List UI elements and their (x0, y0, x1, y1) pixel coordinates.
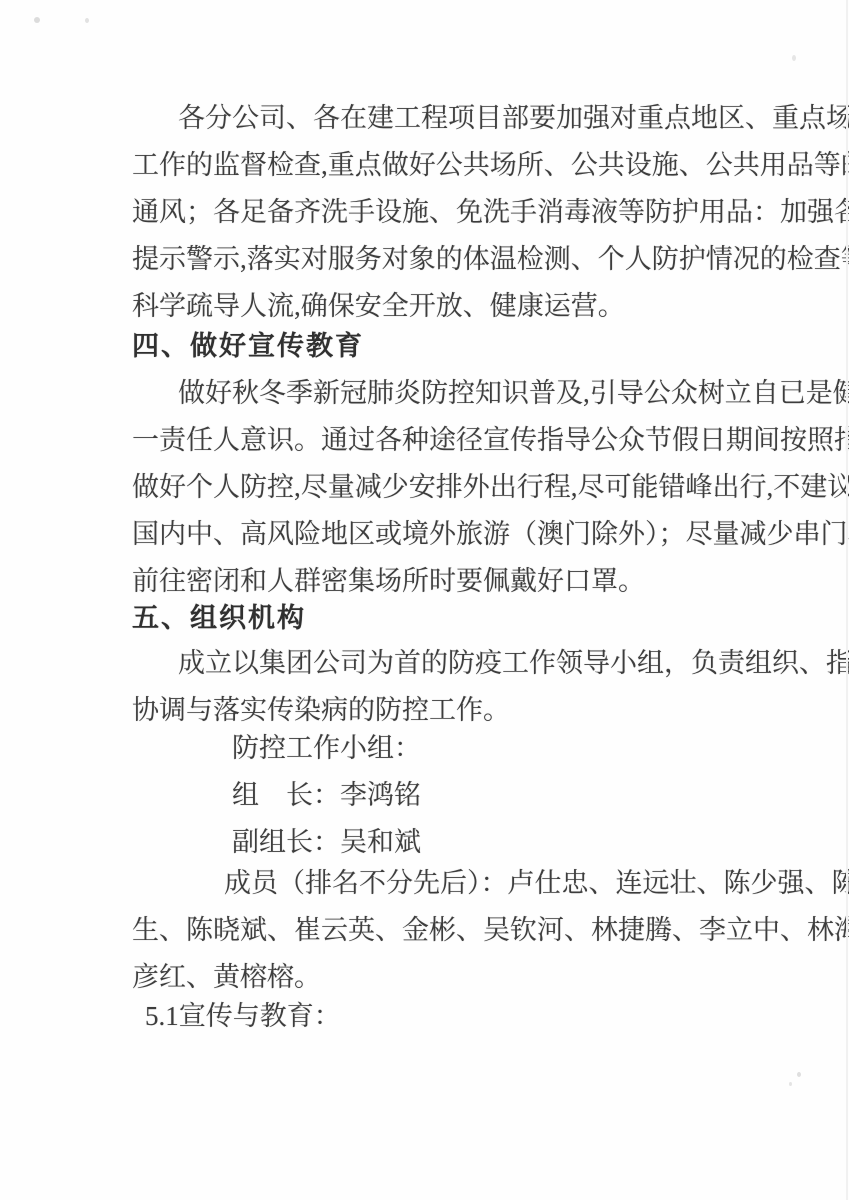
paragraph-line: 工作的监督检查,重点做好公共场所、公共设施、公共用品等的消毒 (132, 142, 731, 189)
section-heading-publicity-education: 四、做好宣传教育 (132, 323, 731, 370)
roster-list: 防控工作小组： 组 长：李鸿铭 副组长：吴和斌 (132, 725, 731, 866)
members-line: 成员（排名不分先后）：卢仕忠、连远壮、陈少强、陈端 (132, 860, 731, 907)
roster-deputy-leader: 副组长：吴和斌 (132, 819, 731, 866)
paragraph-line: 提示警示,落实对服务对象的体温检测、个人防护情况的检查等措施 (132, 236, 731, 283)
paragraph-line: 各分公司、各在建工程项目部要加强对重点地区、重点场所防控 (132, 95, 731, 142)
paragraph-organization: 成立以集团公司为首的防疫工作领导小组，负责组织、指挥、 协调与落实传染病的防控工… (132, 640, 731, 734)
roster-leader: 组 长：李鸿铭 (132, 772, 731, 819)
document-body: 各分公司、各在建工程项目部要加强对重点地区、重点场所防控 工作的监督检查,重点做… (132, 95, 731, 1040)
section-heading-text: 四、做好宣传教育 (132, 323, 731, 370)
paragraph-line: 做好个人防控,尽量减少安排外出行程,尽可能错峰出行,不建议前往 (132, 464, 731, 511)
paragraph-publicity: 做好秋冬季新冠肺炎防控知识普及,引导公众树立自已是健康第 一责任人意识。通过各种… (132, 370, 731, 605)
scan-noise-speck (792, 55, 796, 61)
scan-edge-artifact (846, 0, 848, 1200)
paragraph-members: 成员（排名不分先后）：卢仕忠、连远壮、陈少强、陈端 生、陈晓斌、崔云英、金彬、吴… (132, 860, 731, 1001)
scan-noise-speck (797, 1072, 801, 1077)
paragraph-line: 成立以集团公司为首的防疫工作领导小组，负责组织、指挥、 (132, 640, 731, 687)
section-51-text: 5.1宣传与教育： (132, 993, 731, 1040)
paragraph-line: 做好秋冬季新冠肺炎防控知识普及,引导公众树立自已是健康第 (132, 370, 731, 417)
scan-noise-speck (800, 168, 804, 172)
paragraph-line: 国内中、高风险地区或境外旅游（澳门除外）；尽量减少串门、聚餐, (132, 511, 731, 558)
paragraph-line: 通风；各足备齐洗手设施、免洗手消毒液等防护用品：加强各类安全 (132, 189, 731, 236)
paragraph-line: 一责任人意识。通过各种途径宣传指导公众节假日期间按照指引要求 (132, 417, 731, 464)
scan-noise-speck (85, 18, 89, 23)
members-line: 生、陈晓斌、崔云英、金彬、吴钦河、林捷腾、李立中、林海雄、张 (132, 907, 731, 954)
scanned-document-page: 各分公司、各在建工程项目部要加强对重点地区、重点场所防控 工作的监督检查,重点做… (0, 0, 849, 1200)
scan-noise-speck (789, 1082, 792, 1086)
paragraph-supervision: 各分公司、各在建工程项目部要加强对重点地区、重点场所防控 工作的监督检查,重点做… (132, 95, 731, 330)
scan-noise-speck (34, 17, 40, 23)
section-51-label: 5.1宣传与教育： (132, 993, 731, 1040)
